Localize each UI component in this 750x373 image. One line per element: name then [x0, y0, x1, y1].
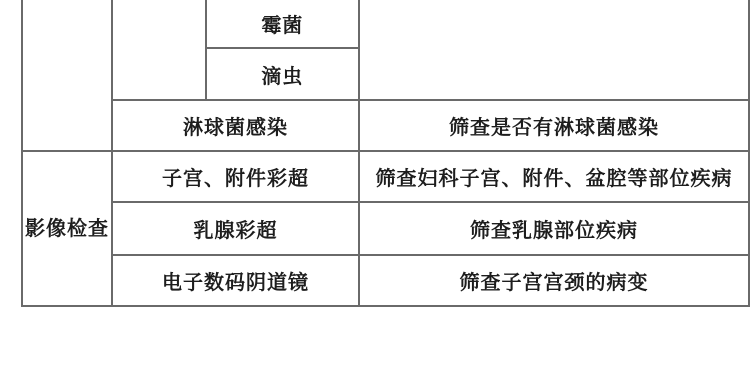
- cell-gonococcus-item: 淋球菌感染: [112, 100, 359, 151]
- cell-upper-subcategory-empty: [112, 0, 206, 100]
- cell-imaging-category: 影像检查: [22, 151, 112, 306]
- table-row: 影像检查 子宫、附件彩超 筛查妇科子宫、附件、盆腔等部位疾病: [22, 151, 749, 202]
- table-row: 霉菌: [22, 0, 749, 48]
- cell-upper-category-empty: [22, 0, 112, 151]
- cell-upper-description-empty: [359, 0, 749, 100]
- page: 霉菌 滴虫 淋球菌感染 筛查是否有淋球菌感染 影像检查 子宫、附件彩超 筛查妇科…: [0, 0, 750, 373]
- table-row: 淋球菌感染 筛查是否有淋球菌感染: [22, 100, 749, 151]
- cell-uterus-ultrasound-description: 筛查妇科子宫、附件、盆腔等部位疾病: [359, 151, 749, 202]
- checkup-items-table: 霉菌 滴虫 淋球菌感染 筛查是否有淋球菌感染 影像检查 子宫、附件彩超 筛查妇科…: [21, 0, 750, 307]
- cell-breast-ultrasound-item: 乳腺彩超: [112, 202, 359, 255]
- cell-mold-item: 霉菌: [206, 0, 359, 48]
- table-row: 电子数码阴道镜 筛查子宫宫颈的病变: [22, 255, 749, 306]
- cell-breast-ultrasound-description: 筛查乳腺部位疾病: [359, 202, 749, 255]
- cell-colposcope-item: 电子数码阴道镜: [112, 255, 359, 306]
- cell-uterus-ultrasound-item: 子宫、附件彩超: [112, 151, 359, 202]
- cell-gonococcus-description: 筛查是否有淋球菌感染: [359, 100, 749, 151]
- cell-colposcope-description: 筛查子宫宫颈的病变: [359, 255, 749, 306]
- table-row: 乳腺彩超 筛查乳腺部位疾病: [22, 202, 749, 255]
- cell-trichomonas-item: 滴虫: [206, 48, 359, 100]
